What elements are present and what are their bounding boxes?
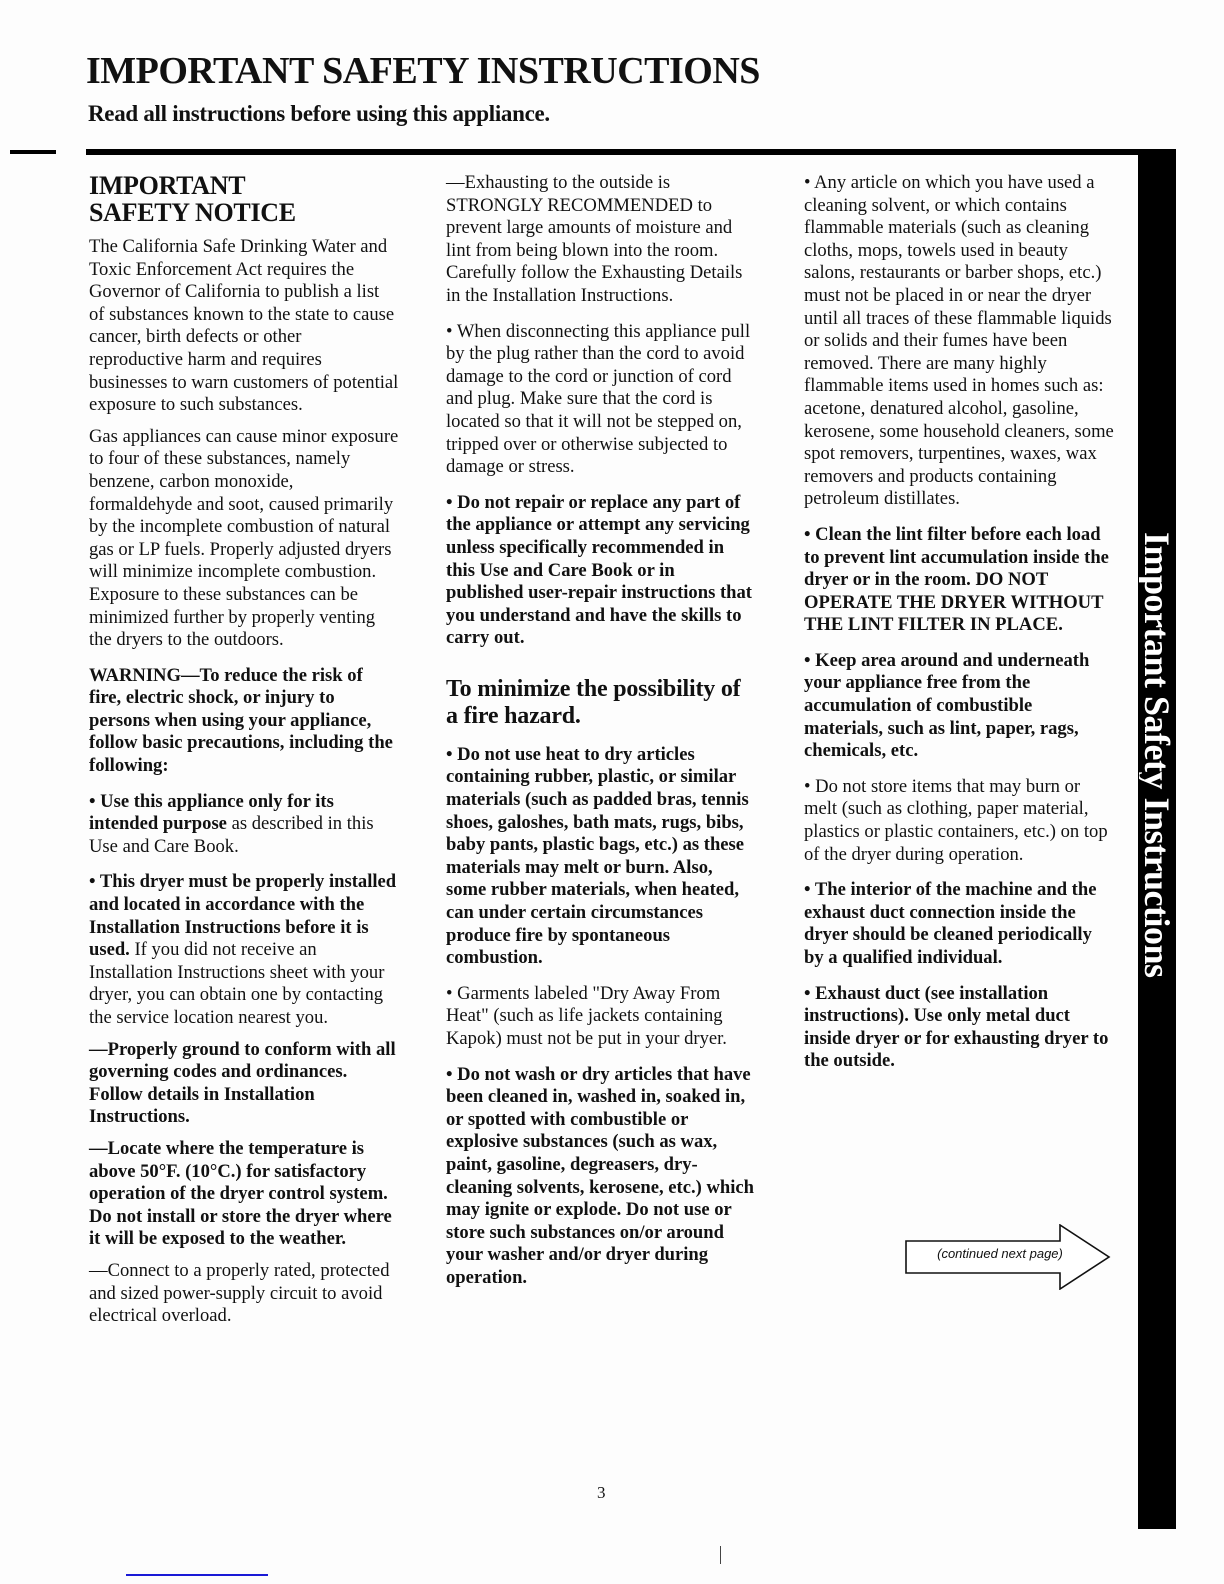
column-1: IMPORTANT SAFETY NOTICE The California S… <box>89 172 399 1337</box>
exhaust-duct-item: • Exhaust duct (see installation instruc… <box>804 983 1114 1073</box>
installation-item: • This dryer must be properly installed … <box>89 871 399 1029</box>
store-items-item: • Do not store items that may burn or me… <box>804 776 1114 866</box>
safety-notice-heading: IMPORTANT SAFETY NOTICE <box>89 172 399 226</box>
strongly-recommended: STRONGLY RECOMMENDED <box>446 195 693 216</box>
page-number: 3 <box>597 1483 606 1503</box>
dry-away-item: • Garments labeled "Dry Away From Heat" … <box>446 983 756 1051</box>
warning-paragraph: WARNING—To reduce the risk of fire, elec… <box>89 665 399 778</box>
heading-line-2: SAFETY NOTICE <box>89 199 399 226</box>
column-2: —Exhausting to the outside is STRONGLY R… <box>446 172 756 1299</box>
intended-purpose-item: • Use this appliance only for its intend… <box>89 791 399 859</box>
exhausting-prefix: —Exhausting to the outside is <box>446 172 670 193</box>
warning-label: WARNING <box>89 665 181 686</box>
ground-item: —Properly ground to conform with all gov… <box>89 1039 399 1129</box>
fire-hazard-heading: To minimize the possibility of a fire ha… <box>446 676 756 730</box>
temperature-item: —Locate where the temperature is above 5… <box>89 1138 399 1251</box>
exhausting-paragraph: —Exhausting to the outside is STRONGLY R… <box>446 172 756 308</box>
scan-underline <box>126 1574 268 1576</box>
disconnect-item: • When disconnecting this appliance pull… <box>446 321 756 479</box>
area-around-item: • Keep area around and underneath your a… <box>804 650 1114 763</box>
header-rule-left <box>10 150 56 154</box>
solvent-item: • Any article on which you have used a c… <box>804 172 1114 511</box>
combustible-item: • Do not wash or dry articles that have … <box>446 1064 756 1290</box>
power-supply-item: —Connect to a properly rated, protected … <box>89 1260 399 1328</box>
california-act-paragraph: The California Safe Drinking Water and T… <box>89 236 399 417</box>
gas-appliances-paragraph: Gas appliances can cause minor exposure … <box>89 426 399 652</box>
installation-rest: If you did not receive an Installation I… <box>89 939 384 1028</box>
continued-label: (continued next page) <box>915 1246 1085 1261</box>
side-tab-label: Important Safety Instructions <box>1139 520 1175 990</box>
repair-item: • Do not repair or replace any part of t… <box>446 492 756 650</box>
page-subtitle: Read all instructions before using this … <box>88 102 550 125</box>
scan-mark <box>720 1546 721 1564</box>
rubber-plastic-item: • Do not use heat to dry articles contai… <box>446 744 756 970</box>
page-title: IMPORTANT SAFETY INSTRUCTIONS <box>86 52 760 90</box>
column-3: • Any article on which you have used a c… <box>804 172 1114 1082</box>
header-rule <box>86 149 1138 155</box>
continued-next-page-arrow: (continued next page) <box>905 1224 1111 1290</box>
heading-line-1: IMPORTANT <box>89 172 399 199</box>
interior-clean-item: • The interior of the machine and the ex… <box>804 879 1114 969</box>
lint-filter-item: • Clean the lint filter before each load… <box>804 524 1114 637</box>
